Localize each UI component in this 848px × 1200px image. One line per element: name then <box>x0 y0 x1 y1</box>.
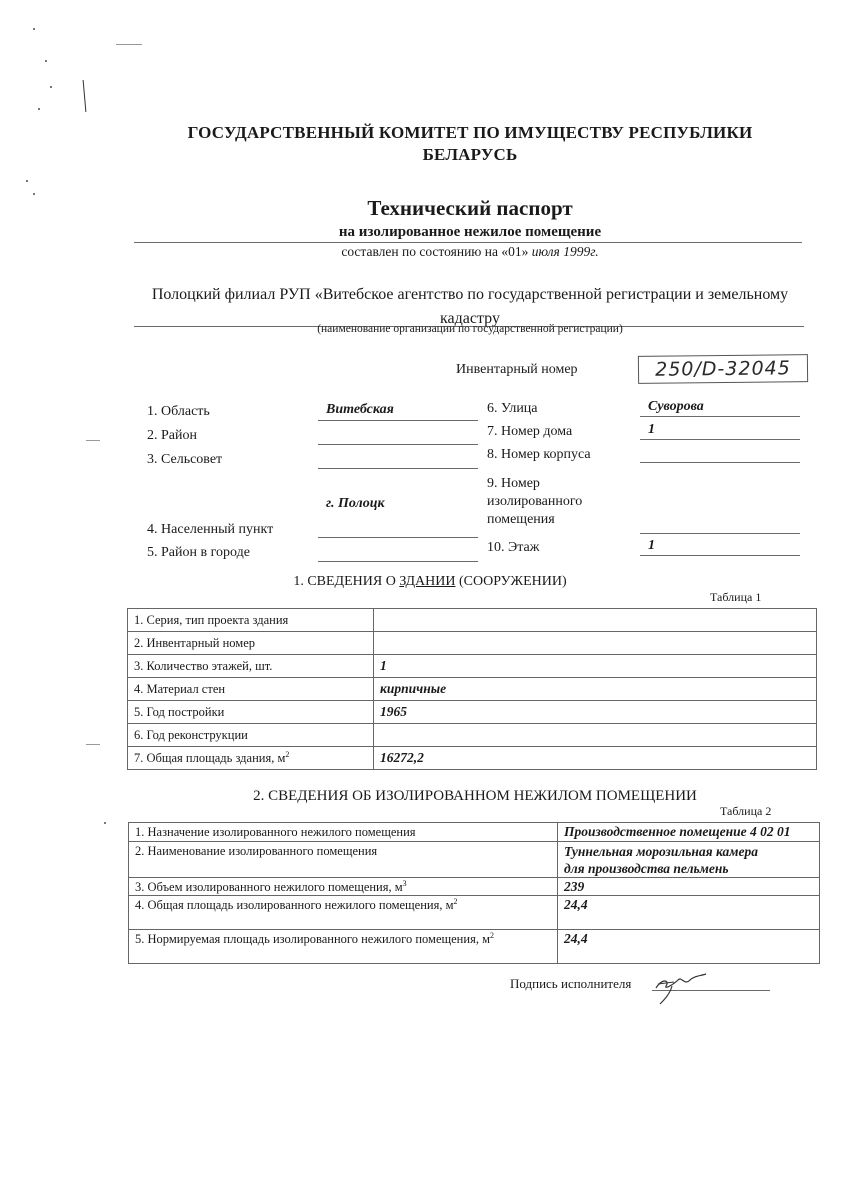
field-value-floor: 1 <box>648 538 655 554</box>
table-row: 1. Назначение изолированного нежилого по… <box>129 823 820 842</box>
field-label-district: 2. Район <box>147 428 197 444</box>
field-line <box>640 439 800 440</box>
scan-speck <box>104 822 106 824</box>
inventory-label: Инвентарный номер <box>456 362 578 378</box>
signature-label: Подпись исполнителя <box>510 976 631 992</box>
field-value-house: 1 <box>648 422 655 438</box>
composed-date-line: составлен по состоянию на «01» июля 1999… <box>130 244 810 260</box>
field-label-premises-number: 9. Номер изолированного помещения <box>487 475 582 529</box>
table-row: 3. Объем изолированного нежилого помещен… <box>129 878 820 896</box>
table-row: 1. Серия, тип проекта здания <box>128 609 817 632</box>
composed-prefix: составлен по состоянию на «01» <box>341 244 531 259</box>
scan-speck <box>38 108 40 110</box>
field-value-region: Витебская <box>326 402 394 418</box>
field-line <box>640 416 800 417</box>
field-label-village-council: 3. Сельсовет <box>147 452 222 468</box>
field-label-street: 6. Улица <box>487 401 538 417</box>
organization-caption: (наименование организации по государстве… <box>130 323 810 335</box>
scan-speck <box>33 28 35 30</box>
composed-date: июля 1999г. <box>532 244 599 259</box>
field-value-settlement: г. Полоцк <box>326 496 385 512</box>
premises-info-table: 1. Назначение изолированного нежилого по… <box>128 822 820 964</box>
field-label-floor: 10. Этаж <box>487 540 539 556</box>
field-label-building: 8. Номер корпуса <box>487 447 591 463</box>
table-row: 2. Наименование изолированного помещения… <box>129 842 820 878</box>
field-line <box>640 533 800 534</box>
table-row: 5. Нормируемая площадь изолированного не… <box>129 930 820 964</box>
signature-scribble <box>652 966 712 1006</box>
table-row: 2. Инвентарный номер <box>128 632 817 655</box>
scan-speck <box>33 193 35 195</box>
field-label-house: 7. Номер дома <box>487 424 572 440</box>
building-info-table: 1. Серия, тип проекта здания 2. Инвентар… <box>127 608 817 770</box>
field-line <box>318 537 478 538</box>
scan-mark <box>86 440 100 441</box>
field-value-street: Суворова <box>648 399 704 415</box>
table-row: 7. Общая площадь здания, м216272,2 <box>128 747 817 770</box>
field-label-city-district: 5. Район в городе <box>147 545 250 561</box>
table-row: 6. Год реконструкции <box>128 724 817 747</box>
subtitle-underline <box>134 242 802 243</box>
inventory-stamp: 250/D-32045 <box>638 354 808 384</box>
field-line <box>318 561 478 562</box>
table1-caption: Таблица 1 <box>710 590 761 605</box>
field-line <box>318 420 478 421</box>
document-title: Технический паспорт <box>130 196 810 221</box>
scan-mark <box>83 80 87 112</box>
scan-speck <box>45 60 47 62</box>
table-row: 5. Год постройки1965 <box>128 701 817 724</box>
field-line <box>318 468 478 469</box>
field-label-region: 1. Область <box>147 404 210 420</box>
section1-title: 1. СВЕДЕНИЯ О ЗДАНИИ (СООРУЖЕНИИ) <box>120 574 740 590</box>
table2-caption: Таблица 2 <box>720 804 771 819</box>
field-label-settlement: 4. Населенный пункт <box>147 522 273 538</box>
table-row: 3. Количество этажей, шт.1 <box>128 655 817 678</box>
document-subtitle: на изолированное нежилое помещение <box>130 224 810 241</box>
table-row: 4. Материал стенкирпичные <box>128 678 817 701</box>
scan-speck <box>26 180 28 182</box>
scan-mark <box>116 44 142 45</box>
table-row: 4. Общая площадь изолированного нежилого… <box>129 896 820 930</box>
field-line <box>640 555 800 556</box>
scan-mark <box>86 744 100 745</box>
field-line <box>318 444 478 445</box>
section2-title: 2. СВЕДЕНИЯ ОБ ИЗОЛИРОВАННОМ НЕЖИЛОМ ПОМ… <box>120 788 830 805</box>
field-line <box>640 462 800 463</box>
committee-heading: ГОСУДАРСТВЕННЫЙ КОМИТЕТ ПО ИМУЩЕСТВУ РЕС… <box>150 122 790 166</box>
scan-speck <box>50 86 52 88</box>
